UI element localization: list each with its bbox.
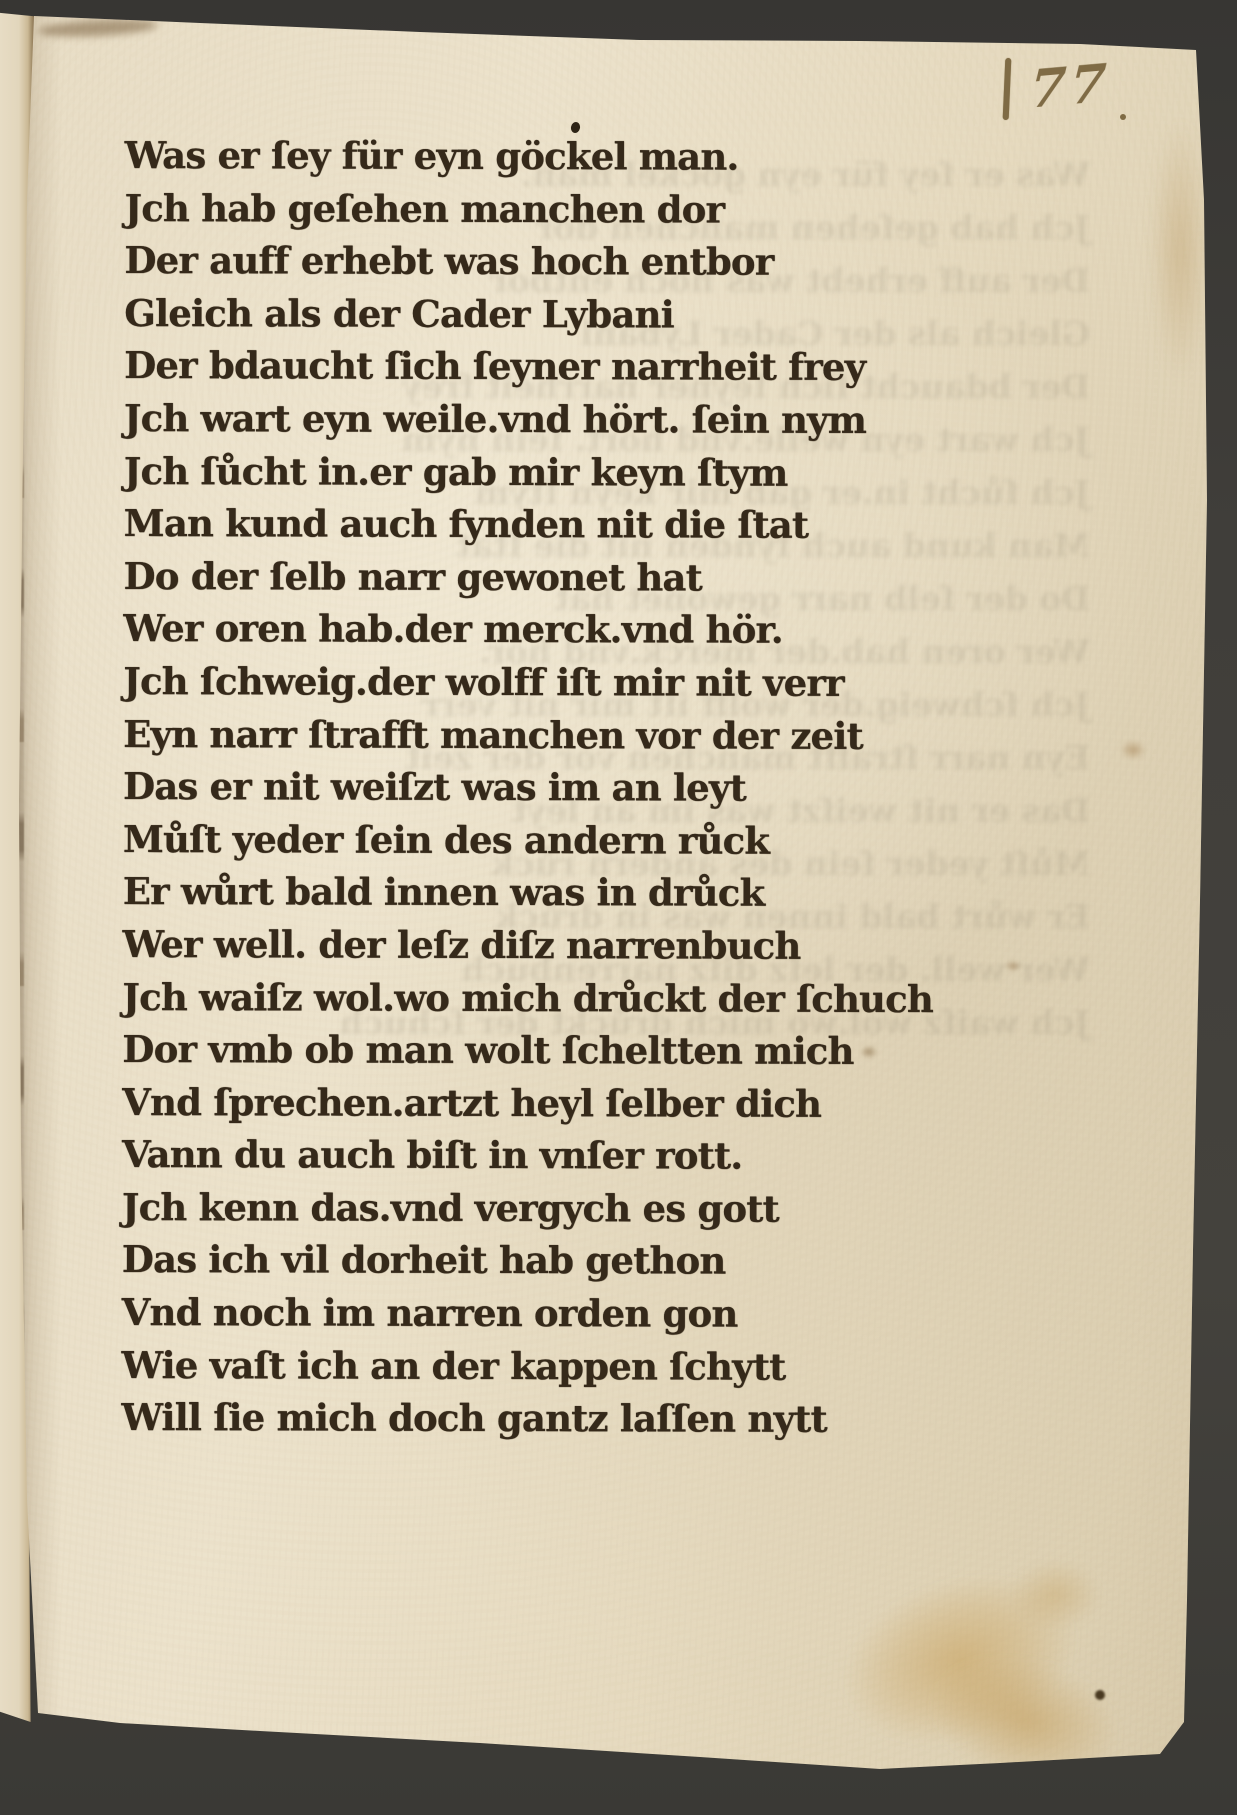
- book-page: Was er ſey für eyn göckel man.Jch hab ge…: [0, 0, 1237, 1815]
- poem-text-block: Was er ſey für eyn göckel man.Jch hab ge…: [121, 129, 884, 1446]
- verse-line: Jch ſůcht in.er gab mir keyn ſtym: [124, 445, 884, 500]
- verse-line: Eyn narr ſtrafft manchen vor der zeit: [123, 708, 883, 763]
- verse-line: Wie vaſt ich an der kappen ſchytt: [121, 1339, 881, 1394]
- verse-line: Jch kenn das.vnd vergych es gott: [122, 1181, 882, 1236]
- verse-line: Do der ſelb narr gewonet hat: [123, 550, 883, 605]
- folio-annotation: 77: [992, 48, 1162, 138]
- stain: [1010, 1560, 1100, 1630]
- verse-line: Der bdaucht ſich ſeyner narrheit frey: [124, 339, 884, 394]
- verse-line: Jch wart eyn weile.vnd hört. ſein nym: [124, 392, 884, 447]
- ink-speck: [1095, 1690, 1105, 1700]
- verse-line: Wer oren hab.der merck.vnd hör.: [123, 602, 883, 657]
- stain: [1120, 740, 1146, 760]
- verse-line: Vann du auch biſt in vnſer rott.: [122, 1128, 882, 1183]
- verse-line: Gleich als der Cader Lybani: [124, 287, 884, 342]
- verse-line: Vnd ſprechen.artzt heyl ſelber dich: [122, 1076, 882, 1131]
- ink-speck: [1005, 960, 1021, 972]
- stain: [918, 1639, 1131, 1801]
- verse-line: Man kund auch fynden nit die ſtat: [124, 497, 884, 552]
- verse-line: Das er nit weiſzt was im an leyt: [123, 760, 883, 815]
- verse-line: Der auff erhebt was hoch entbor: [124, 234, 884, 289]
- verse-line: Wer well. der leſz diſz narrenbuch: [123, 918, 883, 973]
- stain: [1150, 120, 1210, 380]
- verse-line: Můſt yeder ſein des andern růck: [123, 813, 883, 868]
- verse-line: Dor vmb ob man wolt ſcheltten mich: [122, 1023, 882, 1078]
- stain: [821, 1547, 1099, 1773]
- book-scan-photo: Was er ſey für eyn göckel man.Jch hab ge…: [0, 0, 1237, 1815]
- verse-line: Das ich vil dorheit hab gethon: [122, 1233, 882, 1288]
- folio-bar-mark: [1003, 58, 1012, 120]
- folio-number: 77: [1029, 52, 1112, 121]
- verse-line: Will ſie mich doch gantz laſſen nytt: [121, 1391, 881, 1446]
- verse-line: Was er ſey für eyn göckel man.: [125, 129, 885, 184]
- folio-dot: [1120, 114, 1126, 120]
- verse-line: Vnd noch im narren orden gon: [122, 1286, 882, 1341]
- top-edge-shadow: [38, 17, 159, 39]
- verse-line: Jch waiſz wol.wo mich drůckt der ſchuch: [122, 971, 882, 1026]
- verse-line: Jch ſchweig.der wolff iſt mir nit verr: [123, 655, 883, 710]
- verse-line: Jch hab geſehen manchen dor: [124, 182, 884, 237]
- verse-line: Er wůrt bald innen was in drůck: [123, 865, 883, 920]
